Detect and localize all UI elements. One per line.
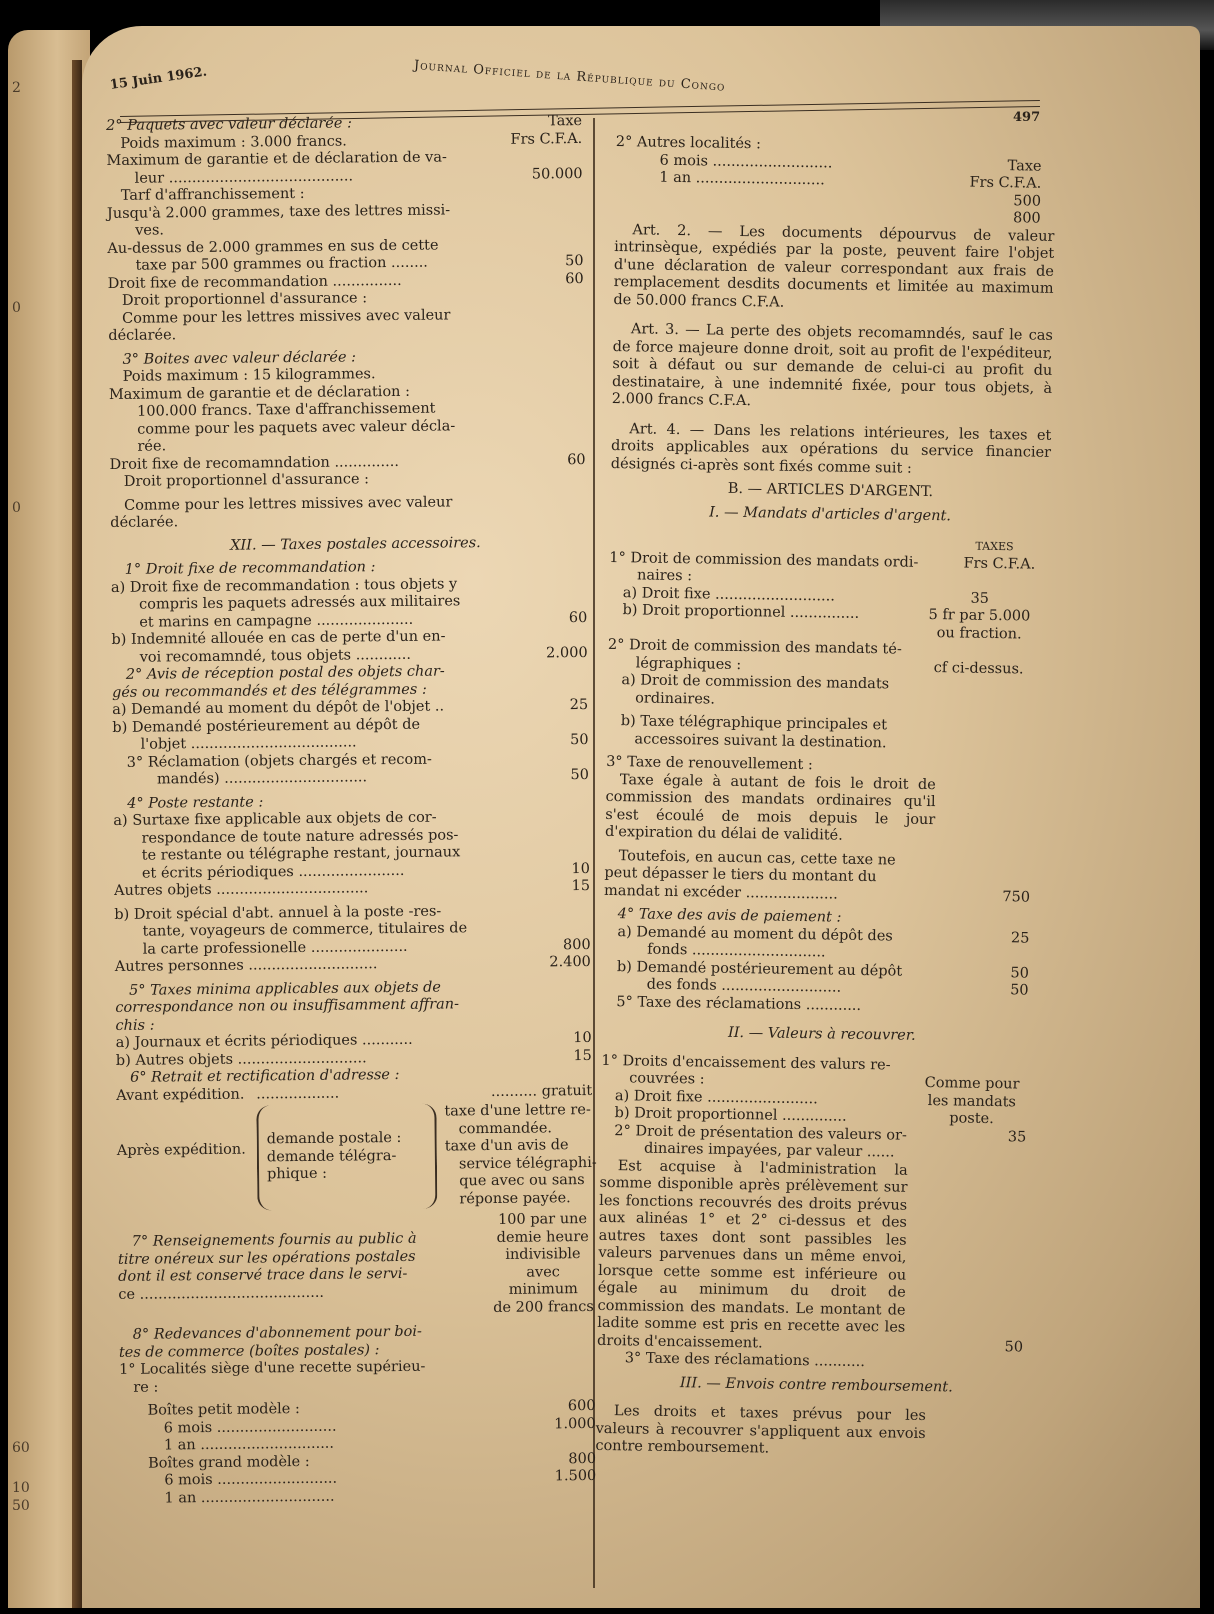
tax-value: 2.400: [481, 954, 605, 973]
text-line: ce .....................................…: [118, 1283, 478, 1304]
left-column: 2° Paquets avec valeur déclarée :Taxe Po…: [106, 113, 611, 1508]
article-3: Art. 3. — La perte des objets recomamndé…: [612, 321, 1053, 415]
margin-fragment: 10: [12, 1480, 30, 1496]
tax-value: 25: [478, 697, 602, 716]
text-line: réponse payée.: [445, 1189, 607, 1208]
tax-value: 5 fr par 5.000: [924, 607, 1048, 626]
tax-value: 50: [473, 253, 597, 272]
tax-value: 50: [919, 963, 1043, 982]
tax-value: 50.000: [473, 165, 597, 184]
col-header: Taxe: [472, 113, 596, 132]
tax-value: 50: [918, 981, 1042, 1000]
tax-value: 15: [480, 878, 604, 897]
tax-value: 500: [931, 191, 1055, 210]
tax-value: 10: [480, 860, 604, 879]
tax-value: Comme pour: [917, 1075, 1041, 1094]
brace-values: taxe d'une lettre re- commandée. taxe d'…: [436, 1102, 607, 1209]
tax-value: 35: [925, 589, 1049, 608]
article-2: Art. 2. — Les documents dépourvus de val…: [613, 221, 1054, 315]
tax-value: .......... gratuit: [416, 1082, 606, 1101]
tax-value: 800: [486, 1450, 610, 1469]
text-line: commandée.: [445, 1119, 607, 1138]
text-paragraph: Les droits et taxes prévus pour les vale…: [595, 1403, 926, 1461]
brace-group: demande postale : demande télégra- phiqu…: [256, 1104, 437, 1211]
tax-value: 15: [482, 1047, 606, 1066]
text-line: taxe d'une lettre re-: [444, 1102, 606, 1121]
tax-value: 50: [479, 767, 603, 786]
tax-value: 750: [920, 887, 1044, 906]
issue-date: 15 Juin 1962.: [109, 64, 208, 92]
text-line: phique :: [267, 1165, 427, 1184]
page-number: 497: [1013, 110, 1040, 125]
tax-value: ou fraction.: [924, 624, 1048, 643]
tax-value: cf ci-dessus.: [924, 659, 1048, 678]
tax-value: 800: [481, 936, 605, 955]
text-paragraph: Taxe égale à autant de fois le droit de …: [605, 771, 936, 846]
col-header: Frs C.F.A.: [472, 130, 596, 149]
leader-dots: ..................: [256, 1084, 416, 1103]
text-line: demande télégra-: [267, 1147, 427, 1166]
tax-value: 2.000: [478, 644, 602, 663]
col-header: Frs C.F.A.: [925, 554, 1049, 573]
margin-fragment: 0: [12, 500, 21, 516]
tax-value: avec: [478, 1263, 608, 1282]
book-spine: [72, 60, 82, 1608]
apres-expedition-block: Après expédition. demande postale : dema…: [116, 1102, 607, 1212]
tax-value: poste.: [916, 1110, 1040, 1129]
text-paragraph: Est acquise à l'administration la somme …: [597, 1157, 916, 1354]
margin-fragment: 2: [12, 80, 21, 96]
tax-value: 100 par une: [477, 1211, 607, 1230]
tax-value: 60: [474, 270, 598, 289]
tax-value: 10: [482, 1030, 606, 1049]
tax-value: 50: [478, 732, 602, 751]
col-header: Taxe: [931, 156, 1055, 175]
tax-value: 1.000: [486, 1415, 610, 1434]
margin-fragment: 50: [12, 1498, 30, 1514]
text-line: demande postale :: [267, 1130, 427, 1149]
tax-value: les mandats: [917, 1092, 1041, 1111]
text-line: que avec ou sans: [445, 1172, 607, 1191]
tax-value: 600: [485, 1398, 609, 1417]
tax-value: 800: [931, 209, 1055, 228]
tax-value: 35: [916, 1127, 1040, 1146]
tax-value: 50: [913, 1337, 1037, 1356]
margin-fragment: 60: [12, 1440, 30, 1456]
margin-fragment: 0: [12, 300, 21, 316]
tax-value: demie heure: [478, 1228, 608, 1247]
tax-value: 60: [477, 609, 601, 628]
text-line: taxe d'un avis de: [445, 1137, 607, 1156]
text-line: Après expédition.: [116, 1105, 257, 1211]
tax-value: minimum: [478, 1281, 608, 1300]
journal-title: Journal Officiel de la République du Con…: [413, 58, 725, 95]
text-line: Avant expédition.: [116, 1086, 256, 1105]
tax-value: indivisible: [478, 1246, 608, 1265]
tax-value: 60: [476, 451, 600, 470]
tax-value: 1.500: [486, 1468, 610, 1487]
article-4: Art. 4. — Dans les relations intérieures…: [611, 420, 1052, 479]
text-line: service télégraphi-: [445, 1154, 607, 1173]
right-column: 2° Autres localités : 6 mois ...........…: [595, 134, 1056, 1462]
col-header: Frs C.F.A.: [931, 174, 1055, 193]
tax-value: 25: [919, 928, 1043, 947]
tax-value: de 200 francs: [478, 1298, 608, 1317]
